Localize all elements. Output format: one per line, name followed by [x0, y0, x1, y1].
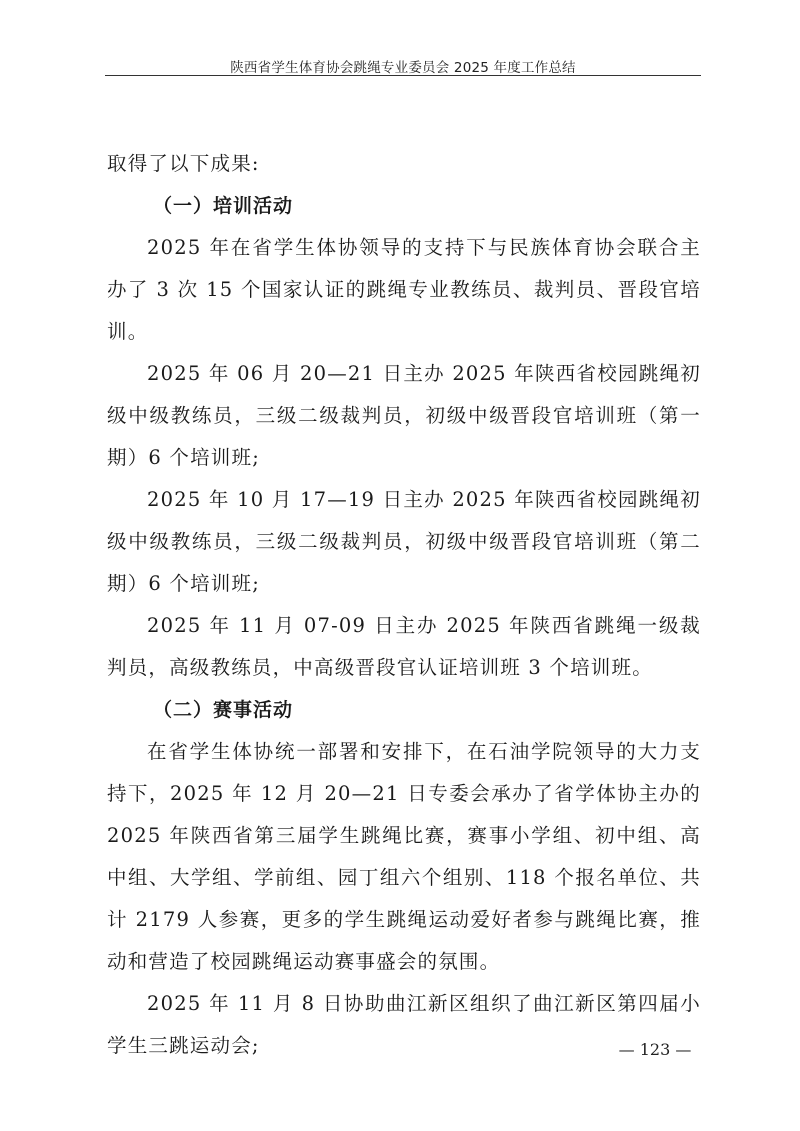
intro-line: 取得了以下成果: — [107, 143, 701, 185]
paragraph: 2025 年 10 月 17—19 日主办 2025 年陕西省校园跳绳初级中级教… — [107, 479, 701, 605]
document-body: 取得了以下成果: （一）培训活动 2025 年在省学生体协领导的支持下与民族体育… — [107, 143, 701, 1067]
running-header: 陕西省学生体育协会跳绳专业委员会 2025 年度工作总结 — [105, 56, 701, 76]
header-divider — [105, 75, 701, 76]
section-heading-training: （一）培训活动 — [107, 185, 701, 227]
paragraph: 2025 年 11 月 07-09 日主办 2025 年陕西省跳绳一级裁判员，高… — [107, 605, 701, 689]
paragraph: 在省学生体协统一部署和安排下，在石油学院领导的大力支持下，2025 年 12 月… — [107, 731, 701, 983]
paragraph: 2025 年在省学生体协领导的支持下与民族体育协会联合主办了 3 次 15 个国… — [107, 227, 701, 353]
paragraph: 2025 年 06 月 20—21 日主办 2025 年陕西省校园跳绳初级中级教… — [107, 353, 701, 479]
section-heading-competitions: （二）赛事活动 — [107, 689, 701, 731]
page-number: — 123 — — [600, 1040, 710, 1059]
